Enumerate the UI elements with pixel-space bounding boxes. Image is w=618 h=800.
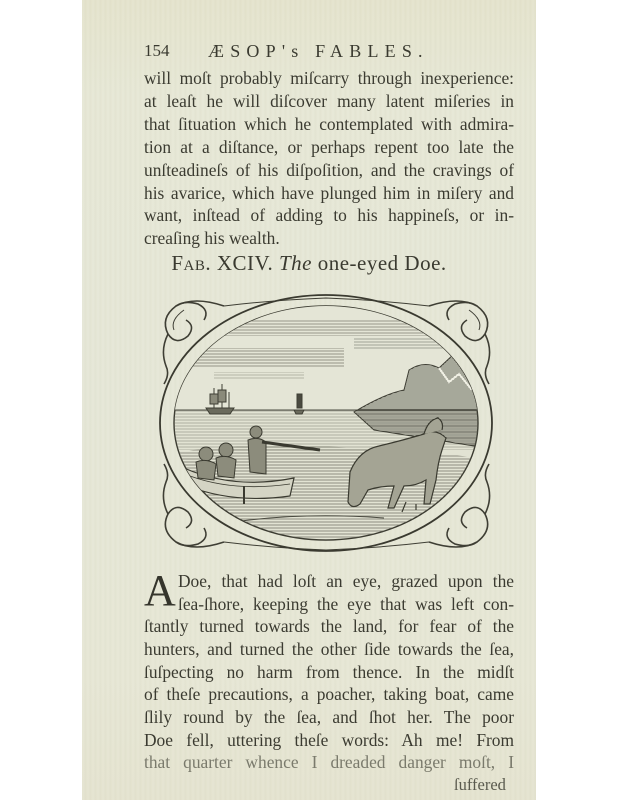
fable-title: Fab. XCIV. The one-eyed Doe.	[82, 251, 536, 276]
fable-title-article: The	[279, 251, 312, 275]
fable-number: XCIV.	[217, 251, 273, 275]
text-line: creaſing his wealth.	[144, 228, 514, 248]
text-line: tion at a diſtance, or perhaps repent to…	[144, 137, 514, 157]
text-line: ſuſpecting no harm from thence. In the m…	[144, 662, 514, 682]
engraving-image	[154, 290, 499, 556]
drop-cap: A	[144, 571, 176, 611]
fable-label: Fab.	[171, 251, 211, 275]
text-line: Doe, that had loſt an eye, grazed upon t…	[178, 571, 514, 591]
catchword: ſuffered	[454, 775, 506, 795]
running-header: 154 ÆSOP's FABLES.	[144, 41, 484, 65]
text-line: hunters, and turned the other ſide towar…	[144, 639, 514, 659]
page-number: 154	[144, 41, 170, 61]
text-line: that quarter whence I dreaded danger moſ…	[144, 752, 514, 772]
book-page: 154 ÆSOP's FABLES. will moſt probably mi…	[82, 0, 536, 800]
text-line: unſteadineſs of his diſpoſition, and the…	[144, 160, 514, 180]
text-line: of theſe precautions, a poacher, taking …	[144, 684, 514, 704]
text-line: his avarice, which have plunged him in m…	[144, 183, 514, 203]
text-line: ſlily round by the ſea, and ſhot her. Th…	[144, 707, 514, 727]
text-line: that ſituation which he contemplated wit…	[144, 114, 514, 134]
text-line: want, inſtead of adding to his happineſs…	[144, 205, 514, 225]
text-line: Doe fell, uttering theſe words: Ah me! F…	[144, 730, 514, 750]
book-title: ÆSOP's FABLES.	[208, 41, 429, 62]
woodcut-illustration	[154, 290, 499, 556]
fable-title-text: one-eyed Doe.	[318, 251, 447, 275]
text-line: ſea-ſhore, keeping the eye that was left…	[178, 594, 514, 614]
text-line: ſtantly turned towards the land, for fea…	[144, 616, 514, 636]
text-line: will moſt probably miſcarry through inex…	[144, 68, 514, 88]
text-line: at leaſt he will diſcover many latent mi…	[144, 91, 514, 111]
